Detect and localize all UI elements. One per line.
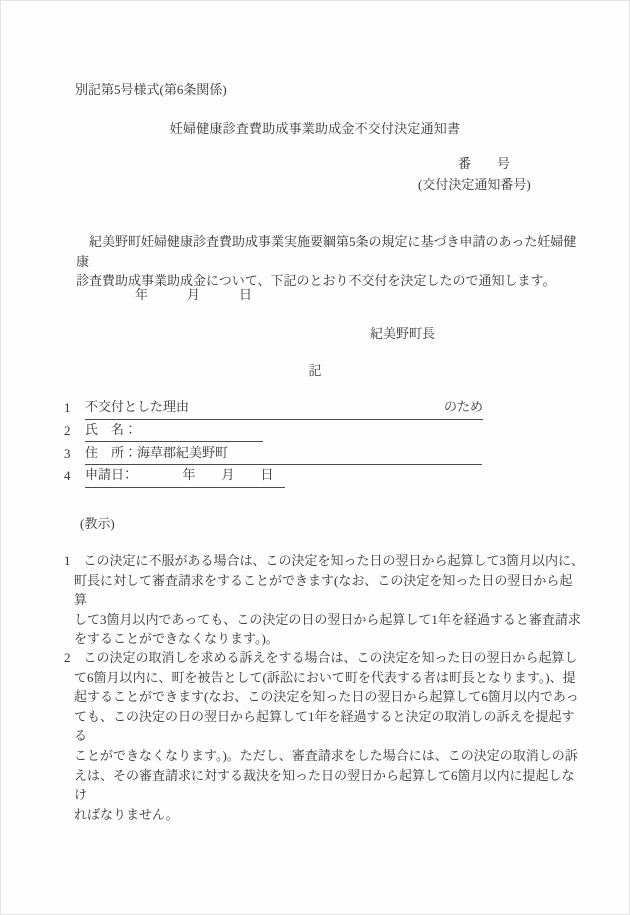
date-line: 年 月 日 bbox=[135, 285, 252, 305]
item-label: 氏 名： bbox=[85, 420, 137, 440]
item-label: 申請日： 年 月 日 bbox=[85, 465, 274, 485]
document-number-note: (交付決定通知番号) bbox=[418, 175, 531, 195]
item-number: 1 bbox=[64, 398, 85, 418]
mayor-signature-line: 紀美野町長 bbox=[370, 324, 435, 344]
item-label: 住 所：海草郡紀美野町 bbox=[85, 443, 228, 463]
item-row-application-date: 4 申請日： 年 月 日 bbox=[64, 465, 594, 488]
address-fill-in-field: 住 所：海草郡紀美野町 bbox=[85, 442, 482, 465]
item-number: 3 bbox=[64, 444, 85, 464]
instructions-paragraph-2: 2 この決定の取消しを求める訴えをする場合は、この決定を知った日の翌日から起算し… bbox=[64, 648, 584, 824]
record-heading: 記 bbox=[0, 361, 630, 381]
item-row-address: 3 住 所：海草郡紀美野町 bbox=[64, 442, 594, 465]
instructions-heading: (教示) bbox=[80, 514, 115, 534]
item-row-reason: 1 不交付とした理由 のため bbox=[64, 397, 594, 420]
reason-fill-in-field: 不交付とした理由 のため bbox=[85, 397, 483, 420]
item-row-name: 2 氏 名： bbox=[64, 420, 594, 443]
document-title: 妊婦健康診査費助成事業助成金不交付決定通知書 bbox=[0, 119, 630, 139]
application-date-fill-in-field: 申請日： 年 月 日 bbox=[85, 465, 285, 488]
item-number: 2 bbox=[64, 421, 85, 441]
form-number-label: 別記第5号様式(第6条関係) bbox=[75, 80, 227, 100]
document-number-label: 番 号 bbox=[458, 154, 510, 174]
body-paragraph: 紀美野町妊婦健康診査費助成事業実施要綱第5条の規定に基づき申請のあった妊婦健康 … bbox=[76, 232, 581, 291]
detail-items-list: 1 不交付とした理由 のため 2 氏 名： 3 住 所：海草郡紀美野町 4 申請… bbox=[64, 397, 594, 488]
name-fill-in-field: 氏 名： bbox=[85, 420, 263, 443]
item-suffix: のため bbox=[444, 397, 483, 417]
item-number: 4 bbox=[64, 466, 85, 486]
document-page: 別記第5号様式(第6条関係) 妊婦健康診査費助成事業助成金不交付決定通知書 番 … bbox=[0, 0, 630, 915]
item-label: 不交付とした理由 bbox=[85, 397, 189, 417]
instructions-paragraph-1: 1 この決定に不服がある場合は、この決定を知った日の翌日から起算して3箇月以内に… bbox=[64, 551, 584, 649]
